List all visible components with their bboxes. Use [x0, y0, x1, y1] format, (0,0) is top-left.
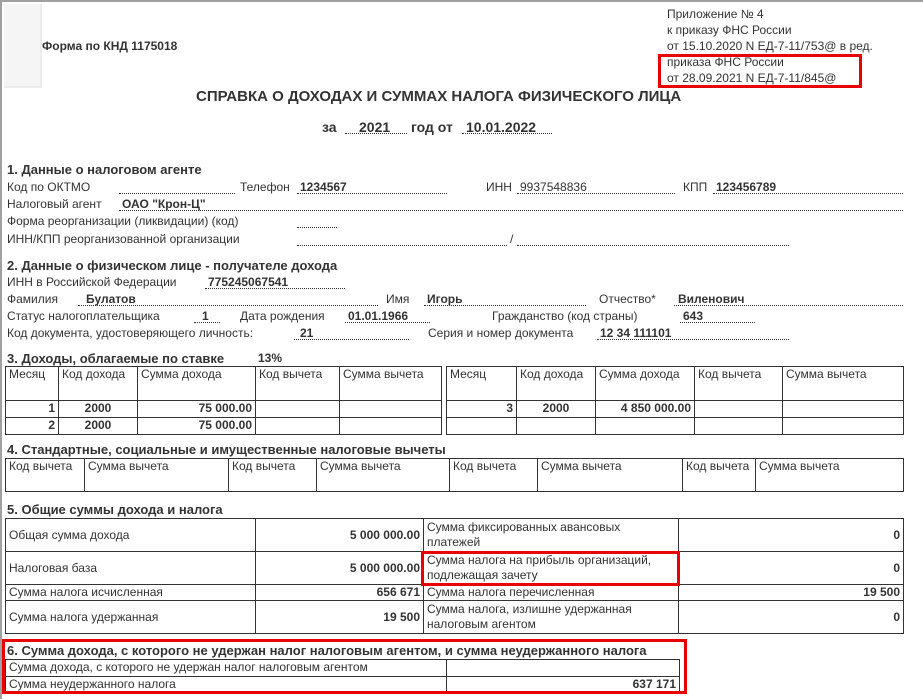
person-inn-value: 775245067541 [208, 275, 288, 289]
doc-code-label: Код документа, удостоверяющего личность: [7, 326, 253, 340]
reorg-separator: / [510, 232, 513, 246]
citizenship-label: Гражданство (код страны) [492, 309, 637, 323]
document-page: Форма по КНД 1175018 Приложение № 4 к пр… [0, 0, 923, 699]
totals-table: Общая сумма дохода 5 000 000.00 Сумма фи… [5, 518, 904, 634]
reorg-kpp-field [517, 232, 789, 246]
reorg-form-field [297, 214, 337, 228]
patronymic-label: Отчество* [599, 292, 656, 306]
status-label: Статус налогоплательщика [7, 309, 160, 323]
page-corner [4, 4, 42, 88]
doc-number-label: Серия и номер документа [428, 326, 573, 340]
report-year: 2021 [359, 119, 390, 135]
document-title: СПРАВКА О ДОХОДАХ И СУММАХ НАЛОГА ФИЗИЧЕ… [196, 88, 681, 105]
surname-value: Булатов [86, 292, 136, 306]
reorg-form-label: Форма реорганизации (ликвидации) (код) [7, 214, 238, 228]
appendix-line-3: от 15.10.2020 N ЕД-7-11/753@ в ред. [667, 38, 873, 54]
income-table-right: Месяц Код дохода Сумма дохода Код вычета… [446, 366, 904, 435]
table-row: Сумма дохода, с которого не удержан нало… [6, 660, 680, 677]
table-row: Общая сумма дохода 5 000 000.00 Сумма фи… [6, 519, 904, 552]
table-row [447, 418, 904, 435]
section1-title: 1. Данные о налоговом агенте [7, 162, 202, 177]
unwithheld-table: Сумма дохода, с которого не удержан нало… [5, 659, 680, 694]
name-label: Имя [386, 292, 409, 306]
citizenship-value: 643 [683, 309, 703, 323]
reorg-inn-field [297, 232, 507, 246]
table-row: 1 2000 75 000.00 [6, 401, 442, 418]
appendix-line-2: к приказу ФНС России [667, 22, 873, 38]
status-value: 1 [202, 309, 209, 323]
section5-title: 5. Общие суммы дохода и налога [7, 502, 223, 517]
col-income-sum: Сумма дохода [138, 367, 256, 401]
year-prefix: за [322, 119, 337, 135]
section3-title: 3. Доходы, облагаемые по ставке [7, 351, 224, 366]
table-row: Сумма налога удержанная 19 500 Сумма нал… [6, 601, 904, 634]
surname-label: Фамилия [7, 292, 58, 306]
tax-rate: 13% [258, 351, 282, 365]
form-code: Форма по КНД 1175018 [42, 39, 177, 53]
agent-value: ОАО "Крон-Ц" [122, 197, 206, 211]
date-prefix: год от [411, 119, 453, 135]
person-inn-label: ИНН в Российской Федерации [7, 275, 177, 289]
birth-label: Дата рождения [240, 309, 325, 323]
report-date: 10.01.2022 [466, 119, 536, 135]
appendix-line-4: приказа ФНС России [667, 54, 873, 70]
appendix-line-1: Приложение № 4 [667, 6, 873, 22]
col-income-code: Код дохода [59, 367, 138, 401]
name-value: Игорь [427, 292, 463, 306]
deductions-table: Код вычета Сумма вычета Код вычета Сумма… [5, 458, 904, 492]
oktmo-field [119, 180, 235, 194]
kpp-value: 123456789 [716, 180, 776, 194]
table-row: Налоговая база 5 000 000.00 Сумма налога… [6, 552, 904, 585]
col-deduction-code: Код вычета [256, 367, 340, 401]
table-row: 2 2000 75 000.00 [6, 418, 442, 435]
agent-label: Налоговый агент [7, 197, 102, 211]
table-row: 3 2000 4 850 000.00 [447, 401, 904, 418]
doc-code-value: 21 [300, 326, 313, 340]
appendix-line-5: от 28.09.2021 N ЕД-7-11/845@ [667, 70, 873, 86]
col-deduction-sum: Сумма вычета [340, 367, 442, 401]
patronymic-value: Виленович [678, 292, 744, 306]
inn-value: 9937548836 [520, 180, 587, 194]
reorg-innkpp-label: ИНН/КПП реорганизованной организации [7, 232, 240, 246]
section4-title: 4. Стандартные, социальные и имущественн… [7, 442, 446, 457]
inn-label: ИНН [486, 180, 512, 194]
oktmo-label: Код по ОКТМО [7, 180, 90, 194]
section6-title: 6. Сумма дохода, с которого не удержан н… [7, 643, 647, 658]
section2-title: 2. Данные о физическом лице - получателе… [7, 258, 337, 273]
table-row: Сумма неудержанного налога 637 171 [6, 677, 680, 694]
phone-label: Телефон [240, 180, 290, 194]
birth-value: 01.01.1966 [348, 309, 408, 323]
kpp-label: КПП [683, 180, 707, 194]
doc-number-value: 12 34 111101 [600, 326, 671, 340]
phone-value: 1234567 [300, 180, 347, 194]
col-month: Месяц [6, 367, 59, 401]
table-row: Сумма налога исчисленная 656 671 Сумма н… [6, 585, 904, 601]
income-table-left: Месяц Код дохода Сумма дохода Код вычета… [5, 366, 442, 435]
appendix-block: Приложение № 4 к приказу ФНС России от 1… [667, 6, 873, 86]
